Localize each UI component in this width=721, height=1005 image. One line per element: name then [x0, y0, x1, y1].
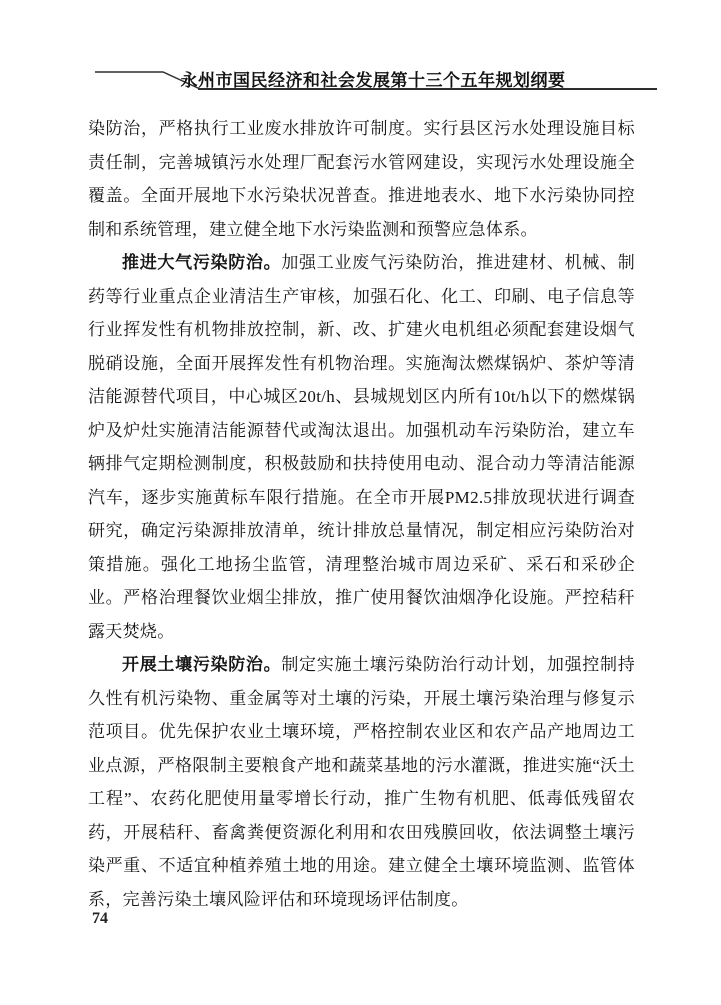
paragraph-soil-pollution: 开展土壤污染防治。制定实施土壤污染防治行动计划，加强控制持久性有机污染物、重金属… [88, 648, 635, 916]
body-text: 染防治，严格执行工业废水排放许可制度。实行县区污水处理设施目标责任制，完善城镇污… [88, 112, 635, 916]
paragraph-text: 制定实施土壤污染防治行动计划，加强控制持久性有机污染物、重金属等对土壤的污染，开… [88, 655, 635, 909]
paragraph-lead: 推进大气污染防治。 [122, 253, 281, 272]
page-number: 74 [92, 910, 108, 928]
paragraph-text: 染防治，严格执行工业废水排放许可制度。实行县区污水处理设施目标责任制，完善城镇污… [88, 119, 635, 239]
paragraph-air-pollution: 推进大气污染防治。加强工业废气污染防治，推进建材、机械、制药等行业重点企业清洁生… [88, 246, 635, 648]
header-title: 永州市国民经济和社会发展第十三个五年规划纲要 [88, 66, 658, 91]
paragraph-lead: 开展土壤污染防治。 [122, 655, 281, 674]
paragraph-continuation: 染防治，严格执行工业废水排放许可制度。实行县区污水处理设施目标责任制，完善城镇污… [88, 112, 635, 246]
document-page: 永州市国民经济和社会发展第十三个五年规划纲要 染防治，严格执行工业废水排放许可制… [0, 0, 721, 1005]
paragraph-text: 加强工业废气污染防治，推进建材、机械、制药等行业重点企业清洁生产审核，加强石化、… [88, 253, 635, 641]
